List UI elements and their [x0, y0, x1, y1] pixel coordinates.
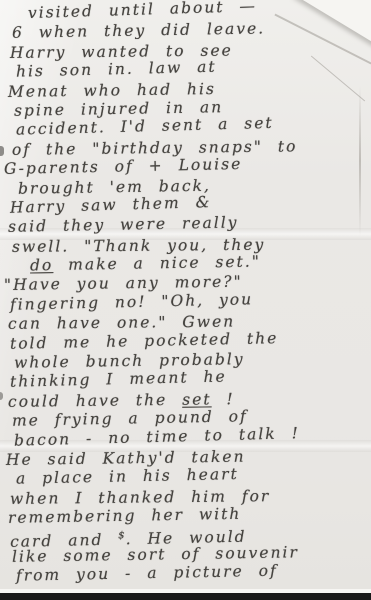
handwriting-text: 6 when they did leave.: [12, 20, 265, 42]
handwriting-text: make a nice set.": [53, 253, 261, 275]
handwriting-text: from you - a picture of: [16, 562, 278, 585]
letter-page: visited until about —6 when they did lea…: [0, 0, 371, 600]
handwriting-text: a place in his heart: [16, 465, 239, 488]
handwriting-text: Menat who had his: [8, 80, 216, 101]
handwriting-text: could have the: [8, 391, 182, 411]
underlined-word: do: [30, 256, 54, 274]
handwriting-text: G-parents of + Louise: [4, 155, 243, 178]
handwriting-text: thinking I meant he: [10, 368, 227, 391]
scan-edge-band: [0, 593, 371, 600]
handwriting-text: visited until about —: [28, 0, 257, 22]
handwriting-text: said they were really: [8, 214, 239, 236]
letter-body: visited until about —6 when they did lea…: [0, 5, 371, 587]
handwriting-text: !: [211, 390, 234, 408]
handwriting-text: his son in. law at: [16, 58, 217, 81]
underlined-word: set: [182, 390, 212, 408]
